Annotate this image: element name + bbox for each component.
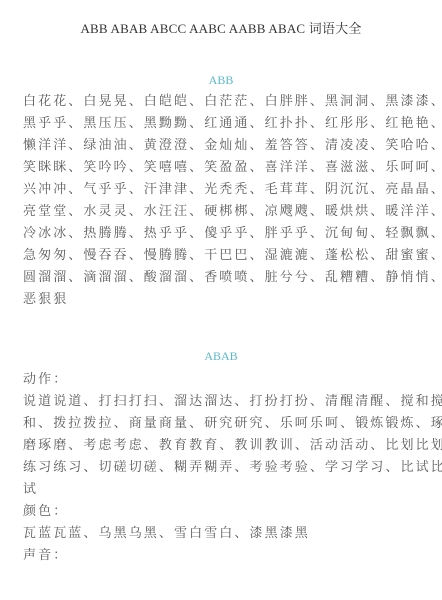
word-line: 亮堂堂、水灵灵、水汪汪、硬梆梆、凉飕飕、暖烘烘、暖洋洋、 xyxy=(23,201,423,223)
word-line: 圆溜溜、滴溜溜、酸溜溜、香喷喷、脏兮兮、乱糟糟、静悄悄、 xyxy=(23,267,423,289)
word-line: 恶狠狠 xyxy=(23,289,423,311)
word-line: 兴冲冲、气乎乎、汗津津、光秃秃、毛茸茸、阴沉沉、亮晶晶、 xyxy=(23,179,423,201)
word-line: 磨琢磨、考虑考虑、教育教育、教训教训、活动活动、比划比划、 xyxy=(23,435,423,457)
abab-word-list: 动作： 说道说道、打扫打扫、溜达溜达、打扮打扮、清醒清醒、搅和搅 和、拨拉拨拉、… xyxy=(23,369,423,567)
page-title: ABB ABAB ABCC AABC AABB ABAC 词语大全 xyxy=(0,20,442,38)
section-heading-abab: ABAB xyxy=(0,348,442,364)
category-label-color: 颜色： xyxy=(23,501,423,523)
word-line: 试 xyxy=(23,479,423,501)
section-heading-abb: ABB xyxy=(0,72,442,88)
word-line: 急匆匆、慢吞吞、慢腾腾、干巴巴、湿漉漉、蓬松松、甜蜜蜜、 xyxy=(23,245,423,267)
word-line: 白花花、白晃晃、白皑皑、白茫茫、白胖胖、黑洞洞、黑漆漆、 xyxy=(23,91,423,113)
category-label-action: 动作： xyxy=(23,369,423,391)
category-label-sound: 声音： xyxy=(23,545,423,567)
word-line: 练习练习、切磋切磋、糊弄糊弄、考验考验、学习学习、比试比 xyxy=(23,457,423,479)
word-line: 懒洋洋、绿油油、黄澄澄、金灿灿、羞答答、清凌凌、笑哈哈、 xyxy=(23,135,423,157)
word-line: 和、拨拉拨拉、商量商量、研究研究、乐呵乐呵、锻炼锻炼、琢 xyxy=(23,413,423,435)
word-line: 瓦蓝瓦蓝、乌黑乌黑、雪白雪白、漆黑漆黑 xyxy=(23,523,423,545)
word-line: 说道说道、打扫打扫、溜达溜达、打扮打扮、清醒清醒、搅和搅 xyxy=(23,391,423,413)
word-line: 冷冰冰、热腾腾、热乎乎、傻乎乎、胖乎乎、沉甸甸、轻飘飘、 xyxy=(23,223,423,245)
word-line: 笑眯眯、笑吟吟、笑嘻嘻、笑盈盈、喜洋洋、喜滋滋、乐呵呵、 xyxy=(23,157,423,179)
abb-word-list: 白花花、白晃晃、白皑皑、白茫茫、白胖胖、黑洞洞、黑漆漆、 黑乎乎、黑压压、黑黝黝… xyxy=(23,91,423,311)
word-line: 黑乎乎、黑压压、黑黝黝、红通通、红扑扑、红彤彤、红艳艳、 xyxy=(23,113,423,135)
